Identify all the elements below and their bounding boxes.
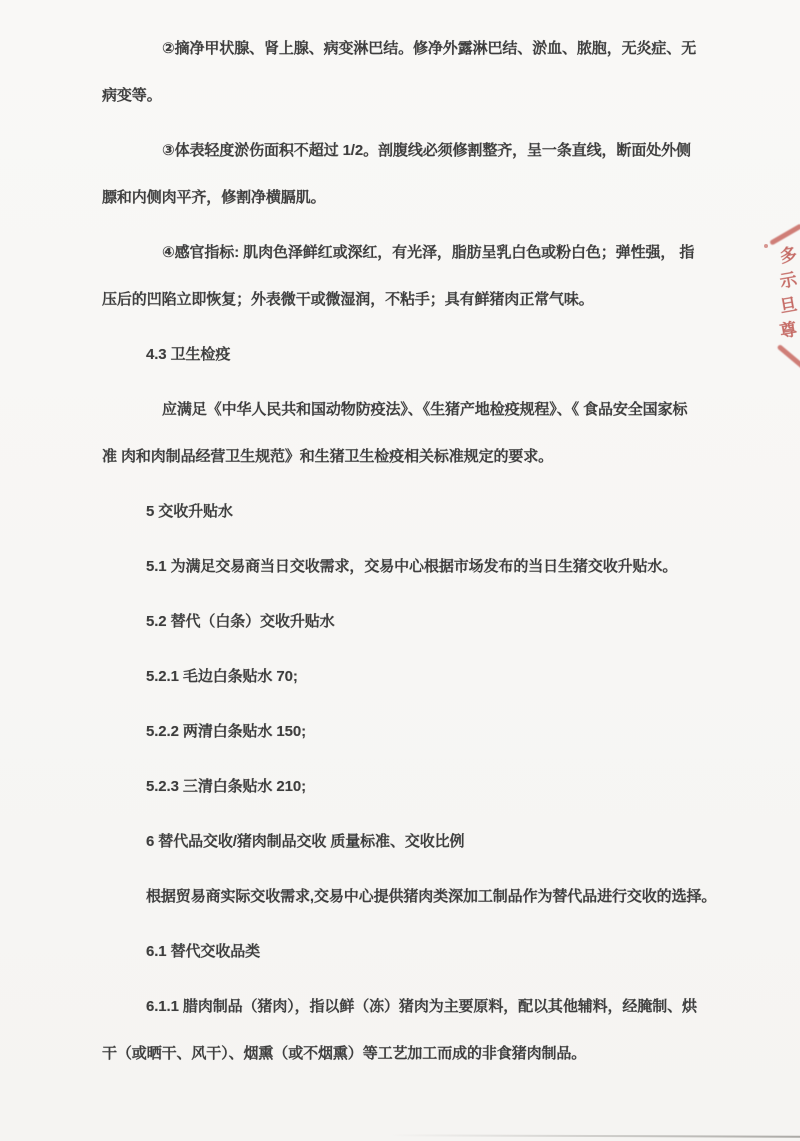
text-line: 干（或晒干、风干）、烟熏（或不烟熏）等工艺加工而成的非食猪肉制品。 [102, 1030, 720, 1077]
seal-glyph: 尊 [778, 318, 799, 345]
seal-glyph: 多 [778, 243, 799, 270]
section-heading-text: 6 替代品交收/猪肉制品交收 质量标准、交收比例 [102, 818, 720, 865]
text-line: ④感官指标: 肌肉色泽鲜红或深红，有光泽，脂肪呈乳白色或粉白色；弹性强， 指 [102, 229, 720, 276]
clause-5-2: 5.2 替代（白条）交收升贴水 [102, 598, 720, 645]
clause-5-2-3: 5.2.3 三清白条贴水 210; [102, 763, 720, 810]
clause-2-trimming: ②摘净甲状腺、肾上腺、病变淋巴结。修净外露淋巴结、淤血、脓胞，无炎症、无 病变等… [102, 25, 720, 119]
clause-6-1-1: 6.1.1 腊肉制品（猪肉），指以鲜（冻）猪肉为主要原料，配以其他辅料，经腌制、… [102, 983, 720, 1077]
red-seal-stamp: 多 示 旦 尊 [764, 218, 800, 368]
section-heading-text: 5 交收升贴水 [102, 488, 720, 535]
page-edge-shadow [390, 1134, 800, 1137]
text-line: 5.2.2 两清白条贴水 150; [102, 708, 720, 755]
document-body: ②摘净甲状腺、肾上腺、病变淋巴结。修净外露淋巴结、淤血、脓胞，无炎症、无 病变等… [102, 25, 720, 1077]
text-line: 准 肉和肉制品经营卫生规范》和生猪卫生检疫相关标准规定的要求。 [102, 433, 720, 480]
para-sanitary-inspection: 应满足《中华人民共和国动物防疫法》、《生猪产地检疫规程》、《 食品安全国家标 准… [102, 386, 720, 480]
text-line: 压后的凹陷立即恢复；外表微干或微湿润，不粘手；具有鲜猪肉正常气味。 [102, 276, 720, 323]
text-line: 5.2 替代（白条）交收升贴水 [102, 598, 720, 645]
text-line: ③体表轻度淤伤面积不超过 1/2。剖腹线必须修割整齐，呈一条直线，断面处外侧 [102, 127, 720, 174]
seal-glyph: 旦 [778, 293, 799, 320]
clause-3-surface-bruise: ③体表轻度淤伤面积不超过 1/2。剖腹线必须修割整齐，呈一条直线，断面处外侧 膘… [102, 127, 720, 221]
text-line: 5.2.3 三清白条贴水 210; [102, 763, 720, 810]
text-line: 5.1 为满足交易商当日交收需求，交易中心根据市场发布的当日生猪交收升贴水。 [102, 543, 720, 590]
clause-5-1: 5.1 为满足交易商当日交收需求，交易中心根据市场发布的当日生猪交收升贴水。 [102, 543, 720, 590]
section-heading-6: 6 替代品交收/猪肉制品交收 质量标准、交收比例 [102, 818, 720, 865]
seal-border-arc-icon [769, 223, 800, 245]
scanned-document-page: ②摘净甲状腺、肾上腺、病变淋巴结。修净外露淋巴结、淤血、脓胞，无炎症、无 病变等… [0, 0, 800, 1141]
text-line: 5.2.1 毛边白条贴水 70; [102, 653, 720, 700]
text-line: 病变等。 [102, 72, 720, 119]
text-line: 膘和内侧肉平齐，修割净横膈肌。 [102, 174, 720, 221]
text-line: 应满足《中华人民共和国动物防疫法》、《生猪产地检疫规程》、《 食品安全国家标 [102, 386, 720, 433]
clause-5-2-2: 5.2.2 两清白条贴水 150; [102, 708, 720, 755]
section-heading-text: 4.3 卫生检疫 [102, 331, 720, 378]
section-heading-5: 5 交收升贴水 [102, 488, 720, 535]
clause-5-2-1: 5.2.1 毛边白条贴水 70; [102, 653, 720, 700]
para-substitute-delivery: 根据贸易商实际交收需求,交易中心提供猪肉类深加工制品作为替代品进行交收的选择。 [102, 873, 720, 920]
text-line: ②摘净甲状腺、肾上腺、病变淋巴结。修净外露淋巴结、淤血、脓胞，无炎症、无 [102, 25, 720, 72]
text-line: 根据贸易商实际交收需求,交易中心提供猪肉类深加工制品作为替代品进行交收的选择。 [102, 873, 720, 920]
section-heading-6-1: 6.1 替代交收品类 [102, 928, 720, 975]
seal-text: 多 示 旦 尊 [780, 244, 797, 343]
seal-border-arc-icon [777, 344, 800, 371]
clause-4-sensory-index: ④感官指标: 肌肉色泽鲜红或深红，有光泽，脂肪呈乳白色或粉白色；弹性强， 指 压… [102, 229, 720, 323]
section-heading-4-3: 4.3 卫生检疫 [102, 331, 720, 378]
seal-ink-dot [764, 244, 768, 248]
seal-glyph: 示 [778, 268, 799, 295]
section-heading-text: 6.1 替代交收品类 [102, 928, 720, 975]
text-line: 6.1.1 腊肉制品（猪肉），指以鲜（冻）猪肉为主要原料，配以其他辅料，经腌制、… [102, 983, 720, 1030]
